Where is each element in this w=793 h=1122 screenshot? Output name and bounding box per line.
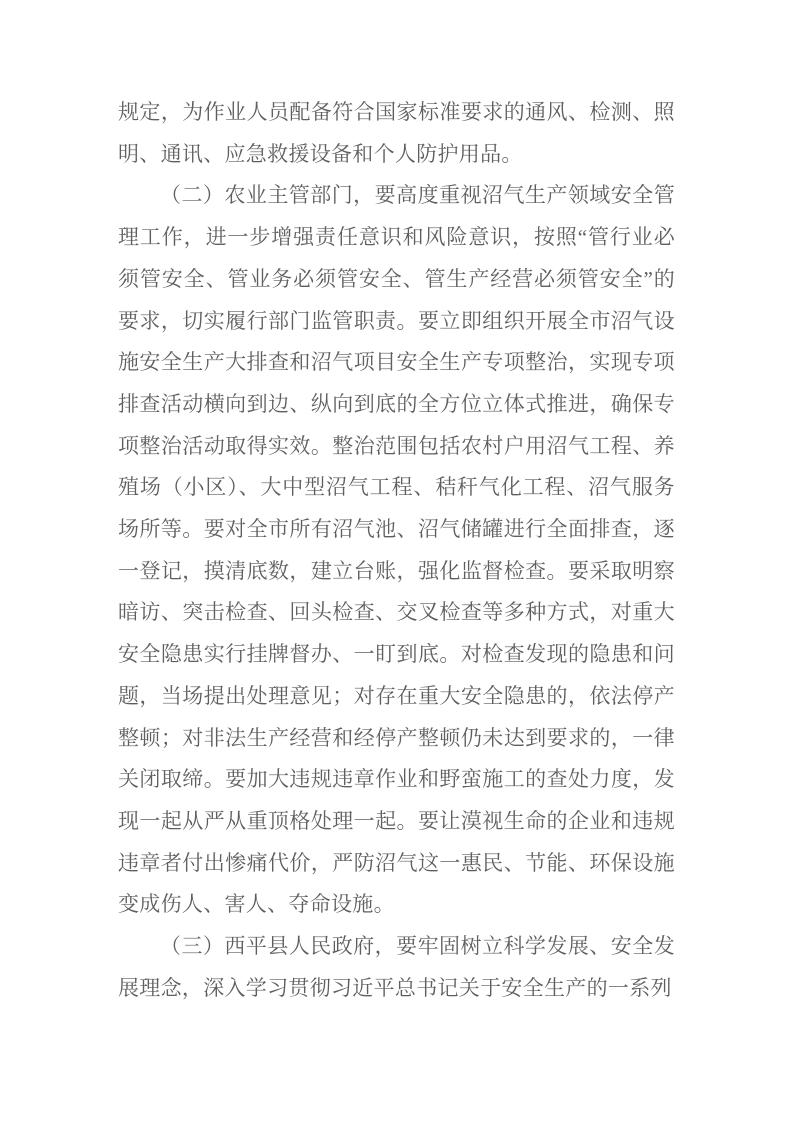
paragraph-continuation: 规定，为作业人员配备符合国家标准要求的通风、检测、照明、通讯、应急救援设备和个人… [118,92,675,175]
document-page: 规定，为作业人员配备符合国家标准要求的通风、检测、照明、通讯、应急救援设备和个人… [0,0,793,1122]
paragraph-item-2: （二）农业主管部门，要高度重视沼气生产领域安全管理工作，进一步增强责任意识和风险… [118,175,675,926]
paragraph-item-3: （三）西平县人民政府，要牢固树立科学发展、安全发展理念，深入学习贯彻习近平总书记… [118,926,675,1009]
